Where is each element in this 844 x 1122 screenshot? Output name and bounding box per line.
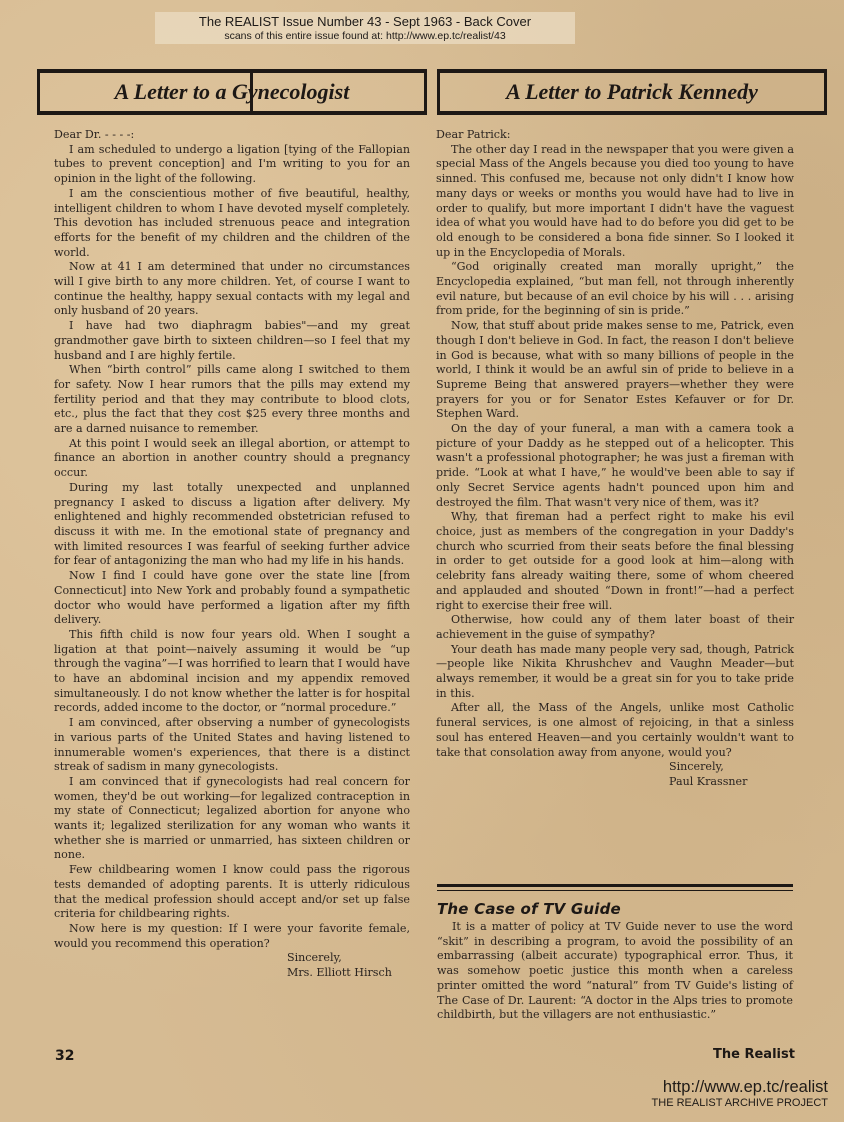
archive-banner: The REALIST Issue Number 43 - Sept 1963 … [155, 12, 575, 44]
paragraph: I am scheduled to undergo a ligation [ty… [54, 143, 410, 187]
paragraph: This fifth child is now four years old. … [54, 628, 410, 716]
paragraph: Why, that fireman had a perfect right to… [436, 510, 794, 613]
archive-url[interactable]: http://www.ep.tc/realist [652, 1078, 828, 1097]
paragraph: I am convinced, after observing a number… [54, 716, 410, 775]
paragraph: The other day I read in the newspaper th… [436, 143, 794, 261]
tv-guide-headline: The Case of TV Guide [437, 900, 621, 918]
letter-patrick-headline: A Letter to Patrick Kennedy [437, 69, 827, 115]
masthead-footer: The Realist [713, 1047, 795, 1062]
paragraph: “God originally created man morally upri… [436, 260, 794, 319]
paragraph: Few childbearing women I know could pass… [54, 863, 410, 922]
paragraph: I am convinced that if gynecologists had… [54, 775, 410, 863]
letter-patrick-body: Dear Patrick: The other day I read in th… [436, 128, 794, 790]
closing: Sincerely, [54, 951, 410, 966]
signature: Paul Krassner [436, 775, 794, 790]
tv-guide-body: It is a matter of policy at TV Guide nev… [437, 920, 793, 1023]
paragraph: I am the conscientious mother of five be… [54, 187, 410, 261]
paragraph: On the day of your funeral, a man with a… [436, 422, 794, 510]
archive-name: THE REALIST ARCHIVE PROJECT [652, 1097, 828, 1110]
letter-gynecologist-body: Dear Dr. - - - -: I am scheduled to unde… [54, 128, 410, 981]
letter-gynecologist-headline: A Letter to a Gynecologist [37, 69, 427, 115]
paragraph: Now, that stuff about pride makes sense … [436, 319, 794, 422]
paragraph: At this point I would seek an illegal ab… [54, 437, 410, 481]
paragraph: Now at 41 I am determined that under no … [54, 260, 410, 319]
banner-title: The REALIST Issue Number 43 - Sept 1963 … [155, 12, 575, 30]
paragraph: Now I find I could have gone over the st… [54, 569, 410, 628]
closing: Sincerely, [436, 760, 794, 775]
paragraph: I have had two diaphragm babies"—and my … [54, 319, 410, 363]
paragraph: It is a matter of policy at TV Guide nev… [437, 920, 793, 1023]
archive-credit: http://www.ep.tc/realist THE REALIST ARC… [652, 1078, 828, 1110]
paragraph: Otherwise, how could any of them later b… [436, 613, 794, 642]
banner-source: scans of this entire issue found at: htt… [155, 30, 575, 43]
paragraph: After all, the Mass of the Angels, unlik… [436, 701, 794, 760]
section-divider [437, 884, 793, 891]
page-number: 32 [55, 1048, 74, 1064]
paragraph: When “birth control” pills came along I … [54, 363, 410, 437]
paragraph: Now here is my question: If I were your … [54, 922, 410, 951]
paragraph: Your death has made many people very sad… [436, 643, 794, 702]
paragraph: During my last totally unexpected and un… [54, 481, 410, 569]
salutation: Dear Patrick: [436, 128, 794, 143]
signature: Mrs. Elliott Hirsch [54, 966, 410, 981]
salutation: Dear Dr. - - - -: [54, 128, 410, 143]
